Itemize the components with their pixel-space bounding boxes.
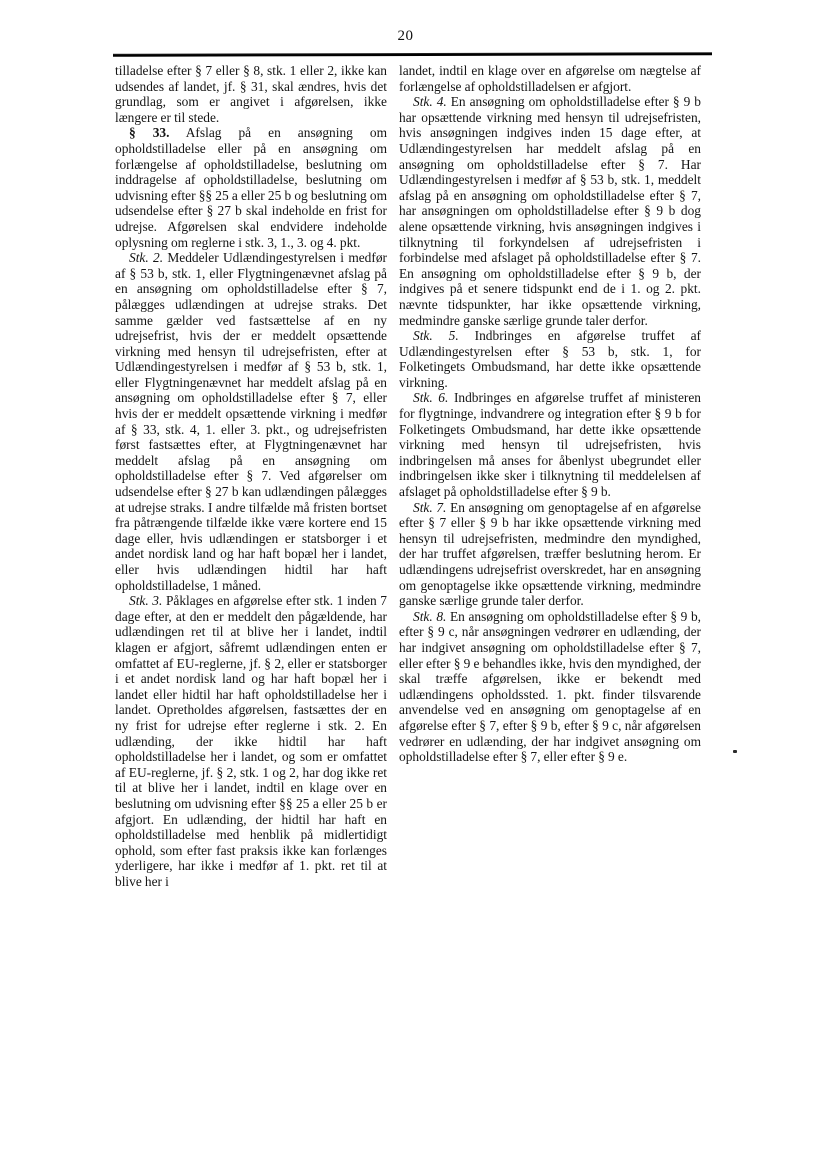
paragraph-text: Meddeler Udlændingestyrelsen i medfør af…: [115, 250, 387, 592]
stk-ref: Stk. 8.: [413, 609, 446, 624]
paragraph-stk-2: Stk. 2. Meddeler Udlændingestyrelsen i m…: [115, 250, 387, 593]
stk-ref: Stk. 2.: [129, 250, 163, 265]
paragraph-text: Indbringes en afgørelse truffet af minis…: [399, 390, 701, 499]
paragraph-continuation-stk1: tilladelse efter § 7 eller § 8, stk. 1 e…: [115, 63, 387, 125]
stk-ref: Stk. 4.: [413, 94, 447, 109]
header-rule: [113, 52, 712, 57]
stk-ref: Stk. 5.: [413, 328, 459, 343]
paragraph-stk-6: Stk. 6. Indbringes en afgørelse truffet …: [399, 390, 701, 499]
paragraph-text: En ansøgning om opholdstilladelse efter …: [399, 94, 701, 327]
paragraph-continuation-stk3: landet, indtil en klage over en afgørels…: [399, 63, 701, 94]
text-block: tilladelse efter § 7 eller § 8, stk. 1 e…: [115, 63, 701, 889]
paragraph-text: Påklages en afgørelse efter stk. 1 inden…: [115, 593, 387, 889]
paragraph-stk-5: Stk. 5. Indbringes en afgørelse truffet …: [399, 328, 701, 390]
paragraph-text: Afslag på en ansøgning om opholdstillade…: [115, 125, 387, 249]
paragraph-text: En ansøgning om genoptagelse af en afgør…: [399, 500, 701, 609]
paragraph-text: landet, indtil en klage over en afgørels…: [399, 63, 701, 94]
text-column-right: landet, indtil en klage over en afgørels…: [399, 63, 701, 889]
document-page: 20 tilladelse efter § 7 eller § 8, stk. …: [0, 0, 827, 1169]
section-ref: § 33.: [129, 125, 169, 140]
paragraph-text: tilladelse efter § 7 eller § 8, stk. 1 e…: [115, 63, 387, 125]
ink-speck-artifact: [733, 750, 737, 753]
paragraph-stk-7: Stk. 7. En ansøgning om genoptagelse af …: [399, 500, 701, 609]
text-column-left: tilladelse efter § 7 eller § 8, stk. 1 e…: [115, 63, 387, 889]
paragraph-stk-4: Stk. 4. En ansøgning om opholdstilladels…: [399, 94, 701, 328]
page-number: 20: [113, 28, 698, 45]
paragraph-text: En ansøgning om opholdstilladelse efter …: [399, 609, 701, 764]
paragraph-section-33: § 33. Afslag på en ansøgning om opholdst…: [115, 125, 387, 250]
paragraph-stk-8: Stk. 8. En ansøgning om opholdstilladels…: [399, 609, 701, 765]
stk-ref: Stk. 6.: [413, 390, 448, 405]
stk-ref: Stk. 3.: [129, 593, 162, 608]
stk-ref: Stk. 7.: [413, 500, 446, 515]
paragraph-stk-3: Stk. 3. Påklages en afgørelse efter stk.…: [115, 593, 387, 889]
